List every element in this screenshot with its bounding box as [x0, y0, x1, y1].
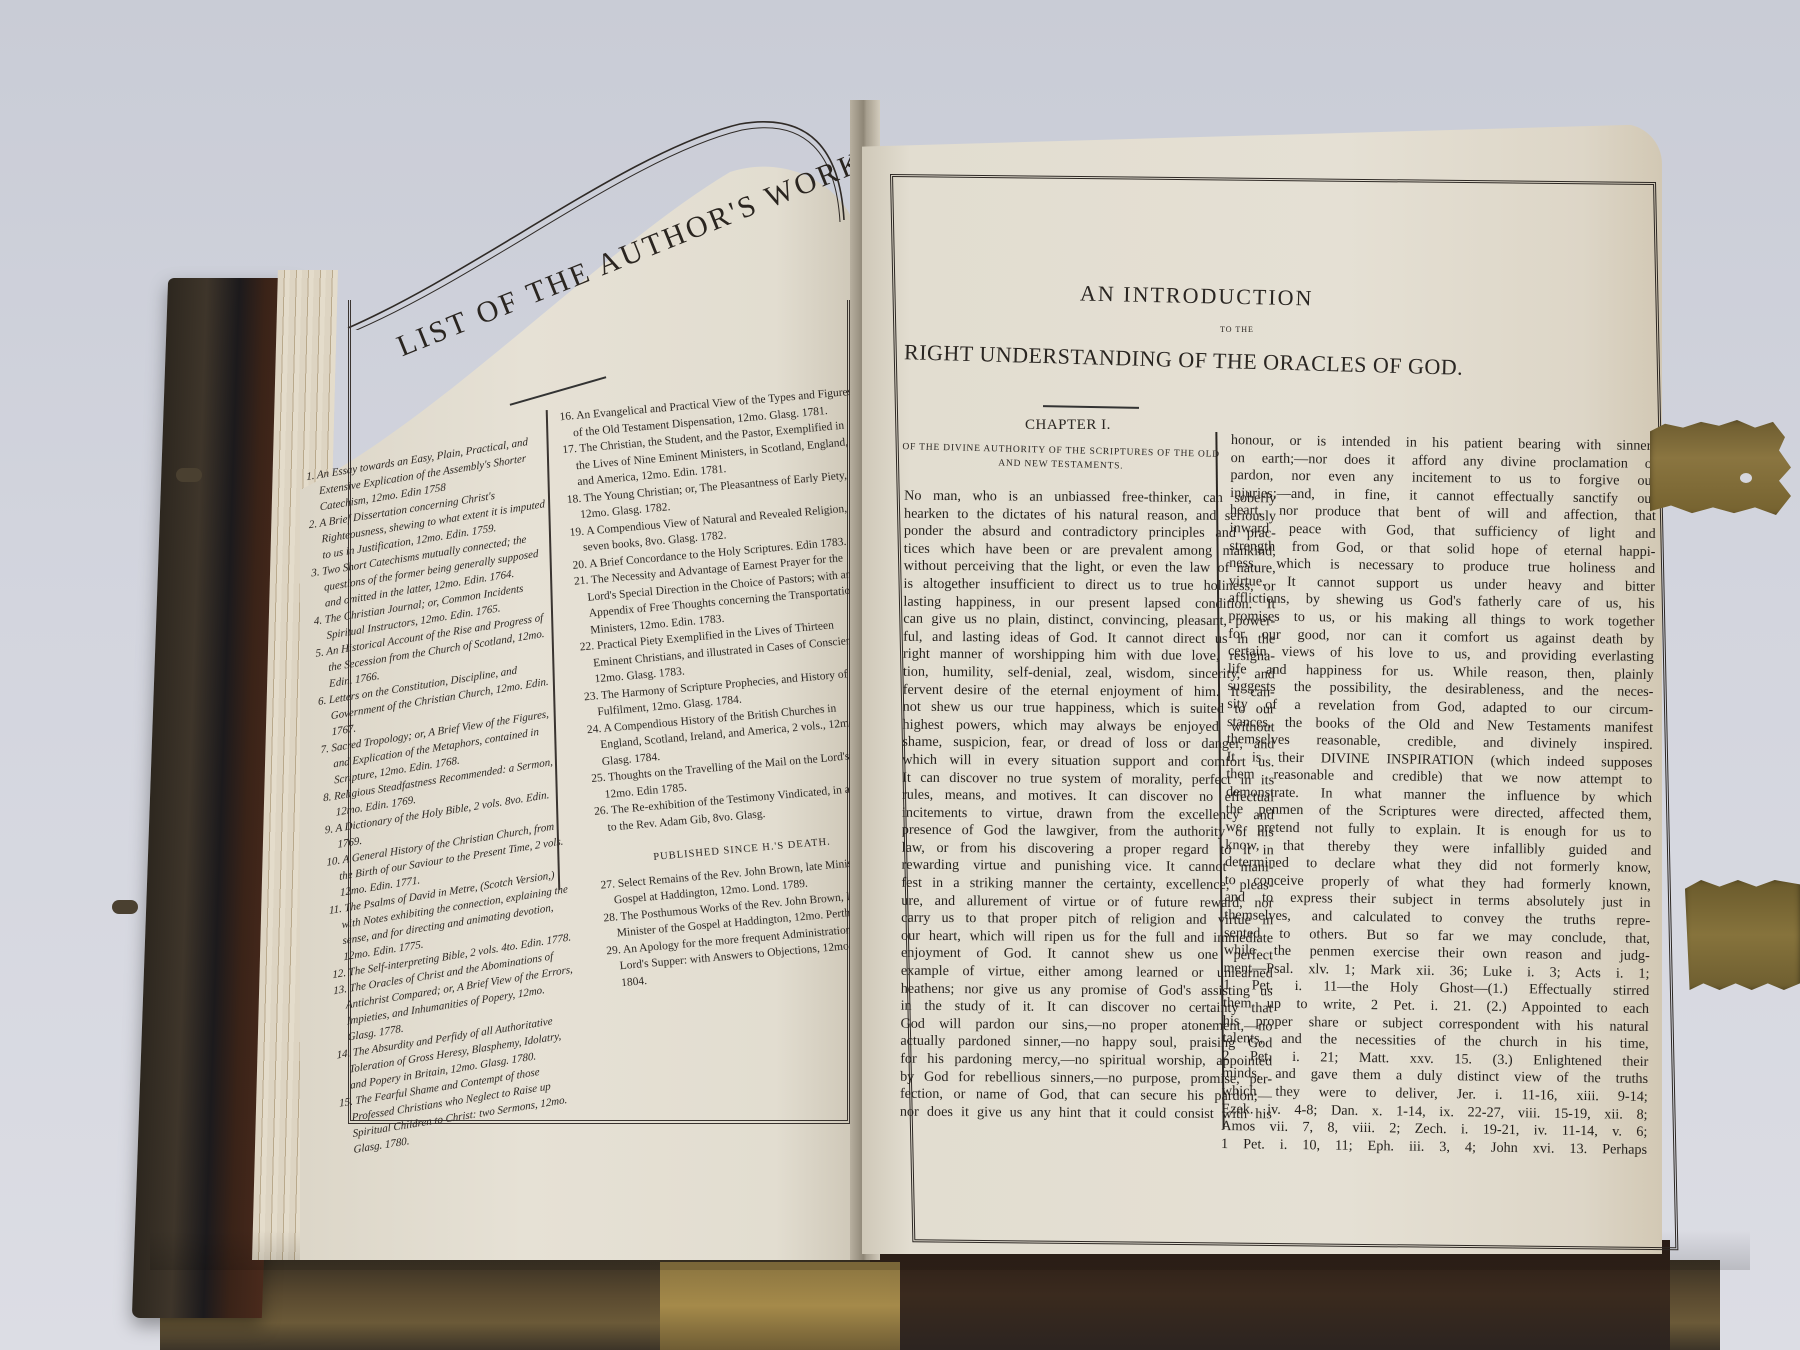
text-line: ponder the absurd and contradictory prin… [904, 523, 1276, 543]
works-list-column-a: 1. An Essay towards an Easy, Plain, Prac… [300, 431, 583, 1161]
text-line: example of virtue, either among learned … [901, 963, 1273, 983]
clasp-post-bottom [112, 900, 138, 914]
clasp-post-top [176, 468, 202, 482]
text-line: for his pardoning mercy,—no spiritual wo… [900, 1051, 1272, 1071]
brass-clasp-top [1650, 420, 1800, 515]
chapter-heading: CHAPTER I. [1025, 417, 1111, 434]
brass-clasp-bottom [1685, 880, 1800, 990]
title-connector: TO THE [1220, 325, 1254, 334]
text-line: can give us no plain, distinct, convinci… [903, 611, 1275, 631]
text-line: fest in a striking manner the certainty,… [901, 875, 1273, 895]
body-column-2: honour, or is intended in his patient be… [1221, 432, 1657, 1159]
text-line: No man, who is an unbiassed free-thinker… [904, 488, 1276, 508]
text-line: nor does it give us any hint that it cou… [900, 1103, 1272, 1123]
left-page-border-curve [340, 110, 860, 330]
clasp-hole [1740, 473, 1752, 483]
text-line: in the study of it. It can discover no c… [901, 998, 1273, 1018]
photo-scene: LIST OF THE AUTHOR'S WORKS. 1. An Essay … [0, 0, 1800, 1350]
right-page-title: AN INTRODUCTION [1080, 281, 1314, 312]
brass-corner-bottom [660, 1262, 900, 1350]
text-line: is altogether insufficient to direct us … [903, 576, 1275, 596]
text-line: fection, or name of God, that can secure… [900, 1086, 1272, 1106]
